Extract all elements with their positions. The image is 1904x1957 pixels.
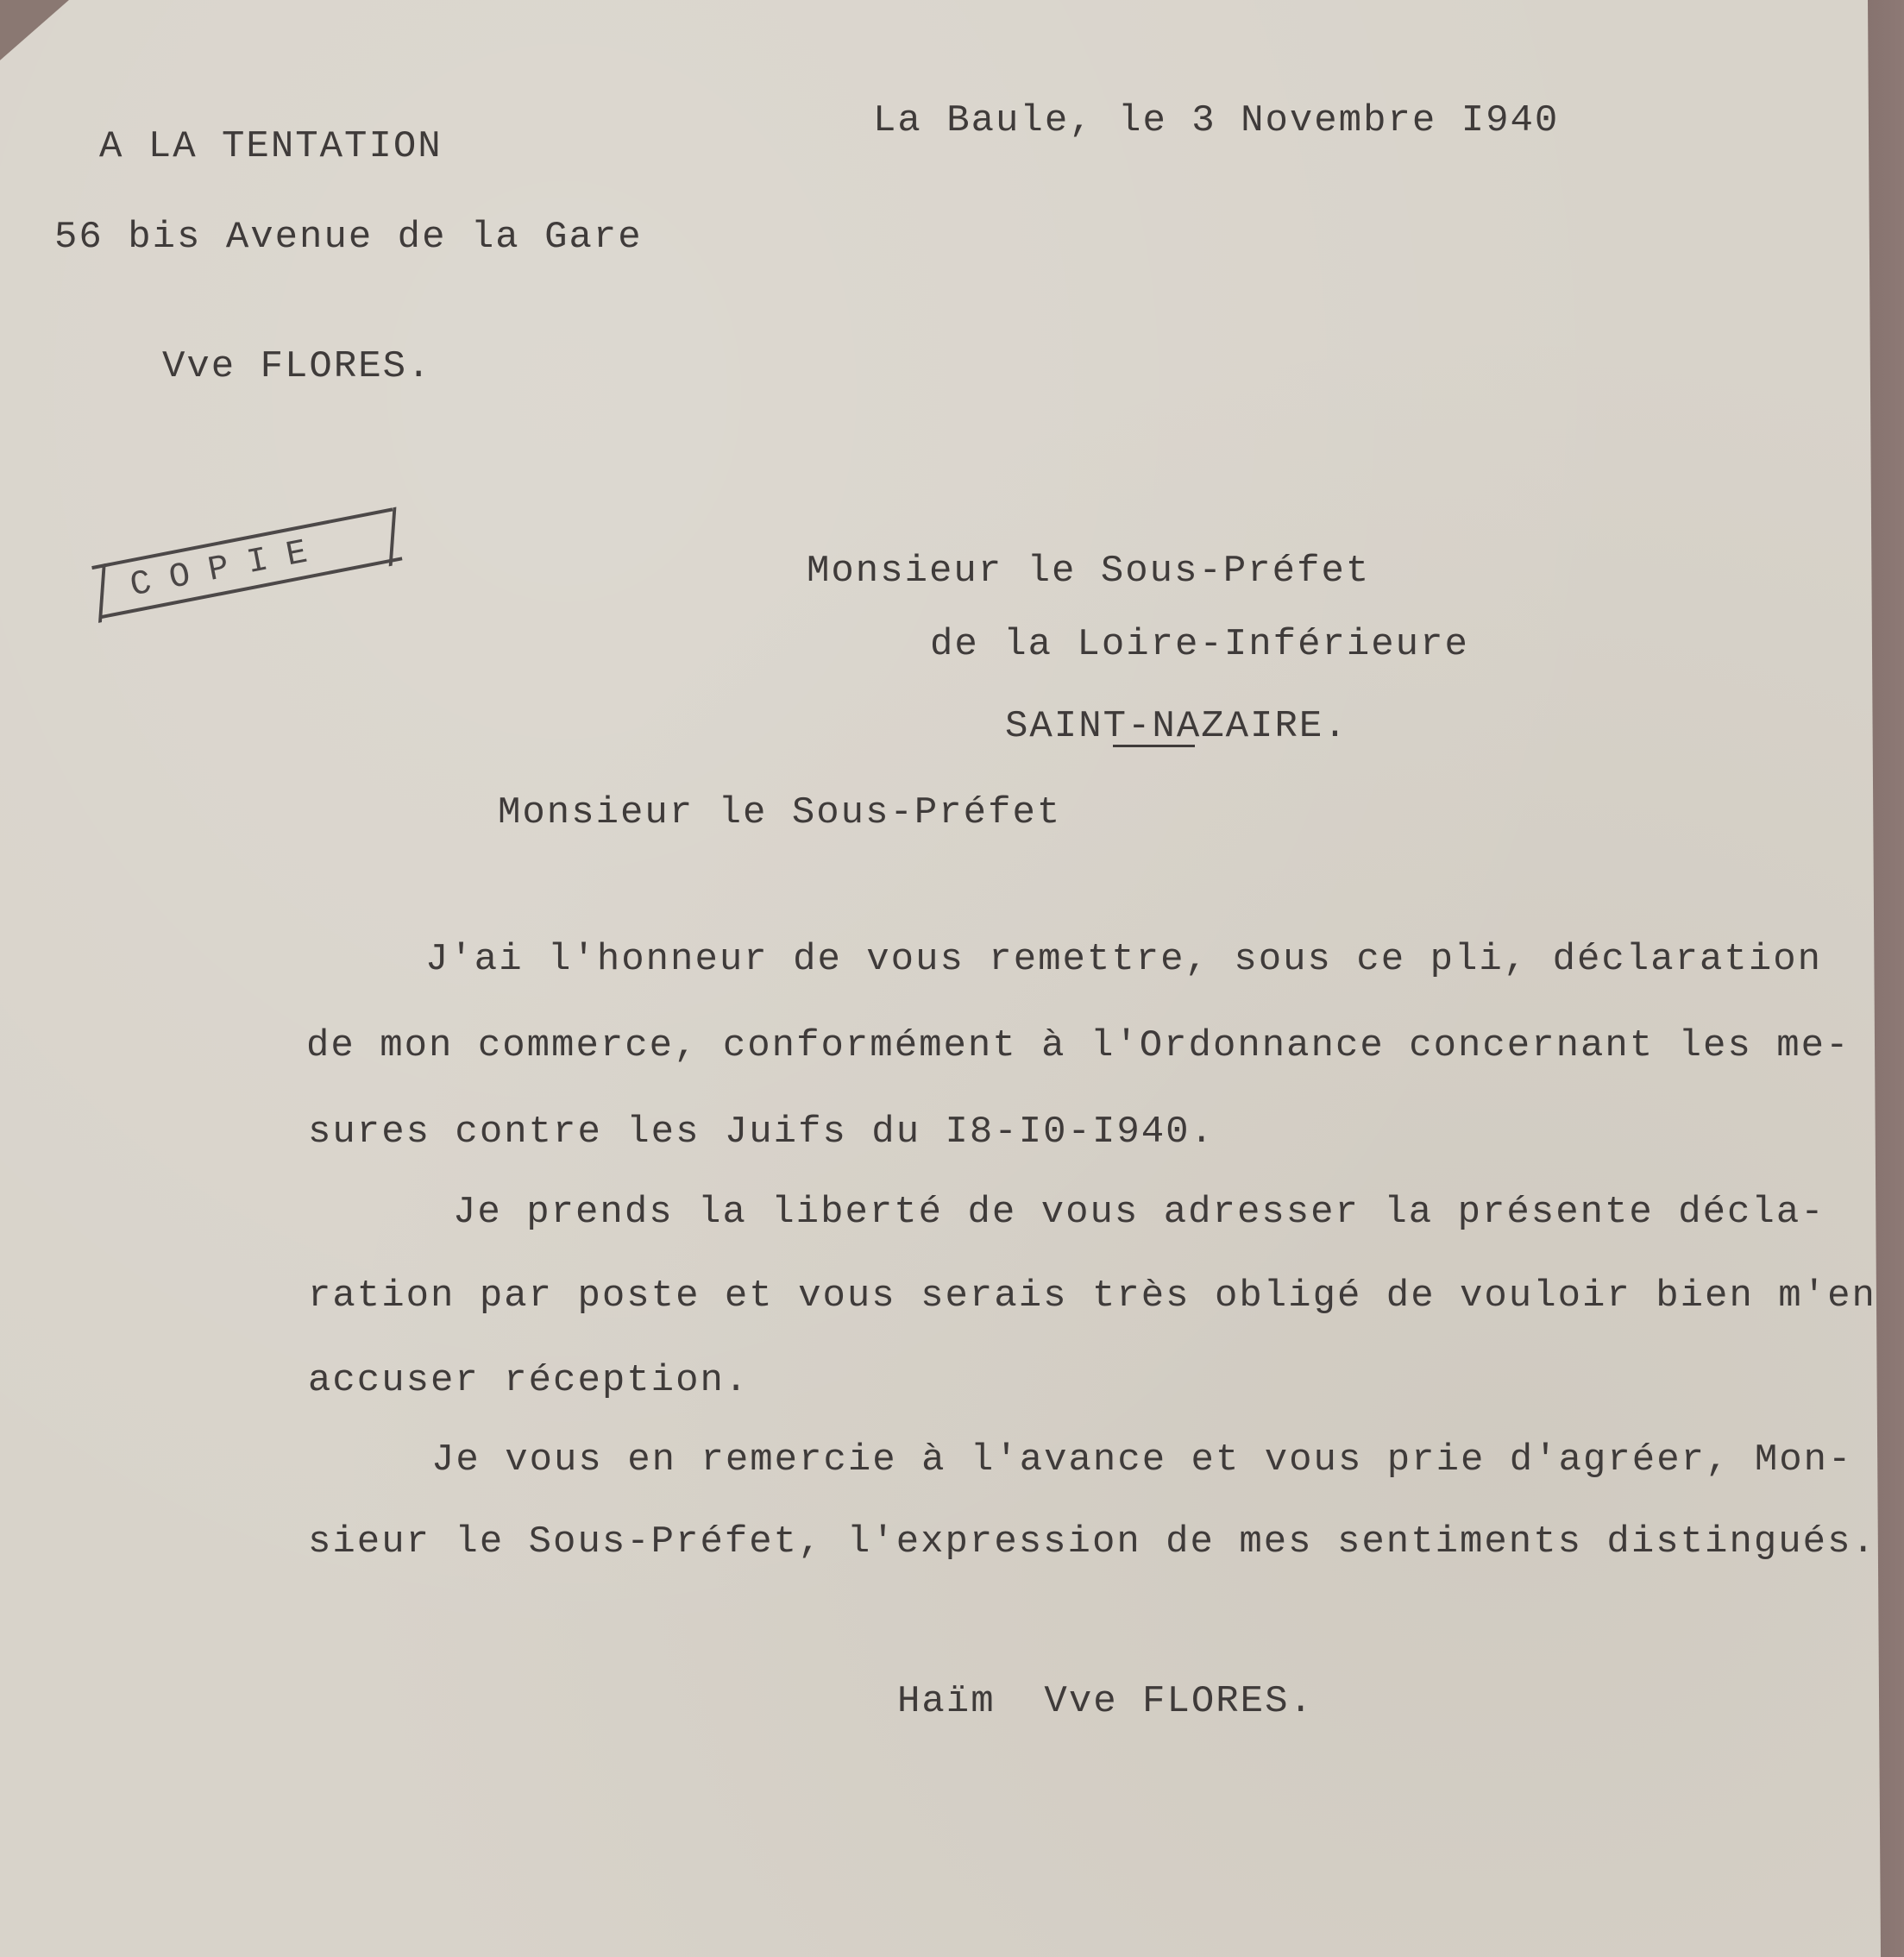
body-line-3: sures contre les Juifs du I8-I0-I940. xyxy=(308,1113,1215,1151)
body-line-8: sieur le Sous-Préfet, l'expression de me… xyxy=(308,1523,1876,1561)
owner-name: Vve FLORES. xyxy=(162,348,431,386)
body-line-2: de mon commerce, conformément à l'Ordonn… xyxy=(306,1027,1850,1065)
body-line-7: Je vous en remercie à l'avance et vous p… xyxy=(431,1441,1852,1479)
nazaire-underline xyxy=(1113,745,1195,747)
recipient-line-1: Monsieur le Sous-Préfet xyxy=(807,552,1370,590)
shop-name: A LA TENTATION xyxy=(99,128,443,166)
recipient-line-2: de la Loire-Inférieure xyxy=(930,626,1469,664)
recipient-line-3: SAINT-NAZAIRE. xyxy=(1005,708,1348,746)
folded-corner xyxy=(0,0,78,69)
signature: Haïm Vve FLORES. xyxy=(897,1683,1314,1721)
body-line-6: accuser réception. xyxy=(308,1362,749,1400)
body-line-5: ration par poste et vous serais très obl… xyxy=(308,1277,1876,1315)
typewritten-letter: A LA TENTATION 56 bis Avenue de la Gare … xyxy=(0,0,1881,1957)
salutation: Monsieur le Sous-Préfet xyxy=(498,794,1061,832)
copie-stamp: COPIE xyxy=(91,507,402,619)
date-line: La Baule, le 3 Novembre I940 xyxy=(873,102,1559,140)
body-line-1: J'ai l'honneur de vous remettre, sous ce… xyxy=(425,941,1822,978)
body-line-4: Je prends la liberté de vous adresser la… xyxy=(453,1193,1825,1231)
shop-address: 56 bis Avenue de la Gare xyxy=(54,218,643,256)
